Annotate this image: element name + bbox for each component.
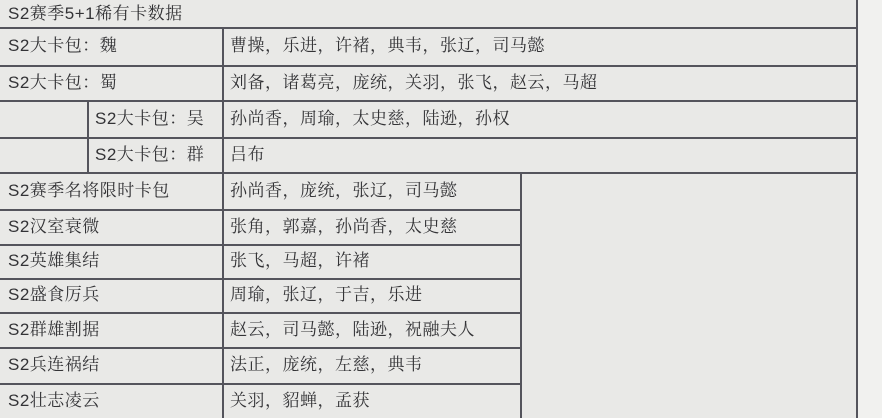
row-value: 孙尚香，庞统，张辽，司马懿 [230,172,458,209]
rare-card-data-table: S2赛季5+1稀有卡数据 S2大卡包：魏 曹操，乐进，许褚，典韦，张辽，司马懿 … [0,0,882,418]
row-value: 周瑜，张辽，于吉，乐进 [230,278,423,312]
row-divider [0,278,521,280]
row-label: S2大卡包：蜀 [8,65,117,100]
row-divider [0,312,521,314]
row-value: 赵云，司马懿，陆逊，祝融夫人 [230,312,475,347]
row-divider [0,100,858,102]
sub-column-divider [87,100,89,172]
row-value: 关羽，貂蝉，孟获 [230,383,370,418]
row-value: 张角，郭嘉，孙尚香，太史慈 [230,209,458,244]
row-value: 法正，庞统，左慈，典韦 [230,347,423,383]
row-divider [0,172,858,174]
table-title: S2赛季5+1稀有卡数据 [8,0,183,27]
row-label: S2群雄割据 [8,312,100,347]
row-divider [0,347,521,349]
row-divider [0,137,858,139]
merged-cell-divider [520,172,522,418]
row-value: 吕布 [230,137,265,172]
row-label: S2英雄集结 [8,244,100,278]
row-label: S2大卡包：魏 [8,27,117,65]
row-divider [0,383,521,385]
row-label: S2壮志凌云 [8,383,100,418]
row-divider [0,27,858,29]
row-value: 孙尚香，周瑜，太史慈，陆逊，孙权 [230,100,510,137]
row-label: S2大卡包：吴 [95,100,204,137]
row-value: 张飞，马超，许褚 [230,244,370,278]
row-value: 刘备，诸葛亮，庞统，关羽，张飞，赵云，马超 [230,65,598,100]
row-divider [0,65,858,67]
row-label: S2汉室衰微 [8,209,100,244]
row-label: S2赛季名将限时卡包 [8,172,170,209]
row-divider [0,209,521,211]
row-label: S2盛食厉兵 [8,278,100,312]
background-strip [858,0,882,418]
column-divider [222,27,224,418]
row-value: 曹操，乐进，许褚，典韦，张辽，司马懿 [230,27,545,65]
row-label: S2兵连祸结 [8,347,100,383]
table-right-border [856,0,858,418]
row-label: S2大卡包：群 [95,137,204,172]
row-divider [0,244,521,246]
